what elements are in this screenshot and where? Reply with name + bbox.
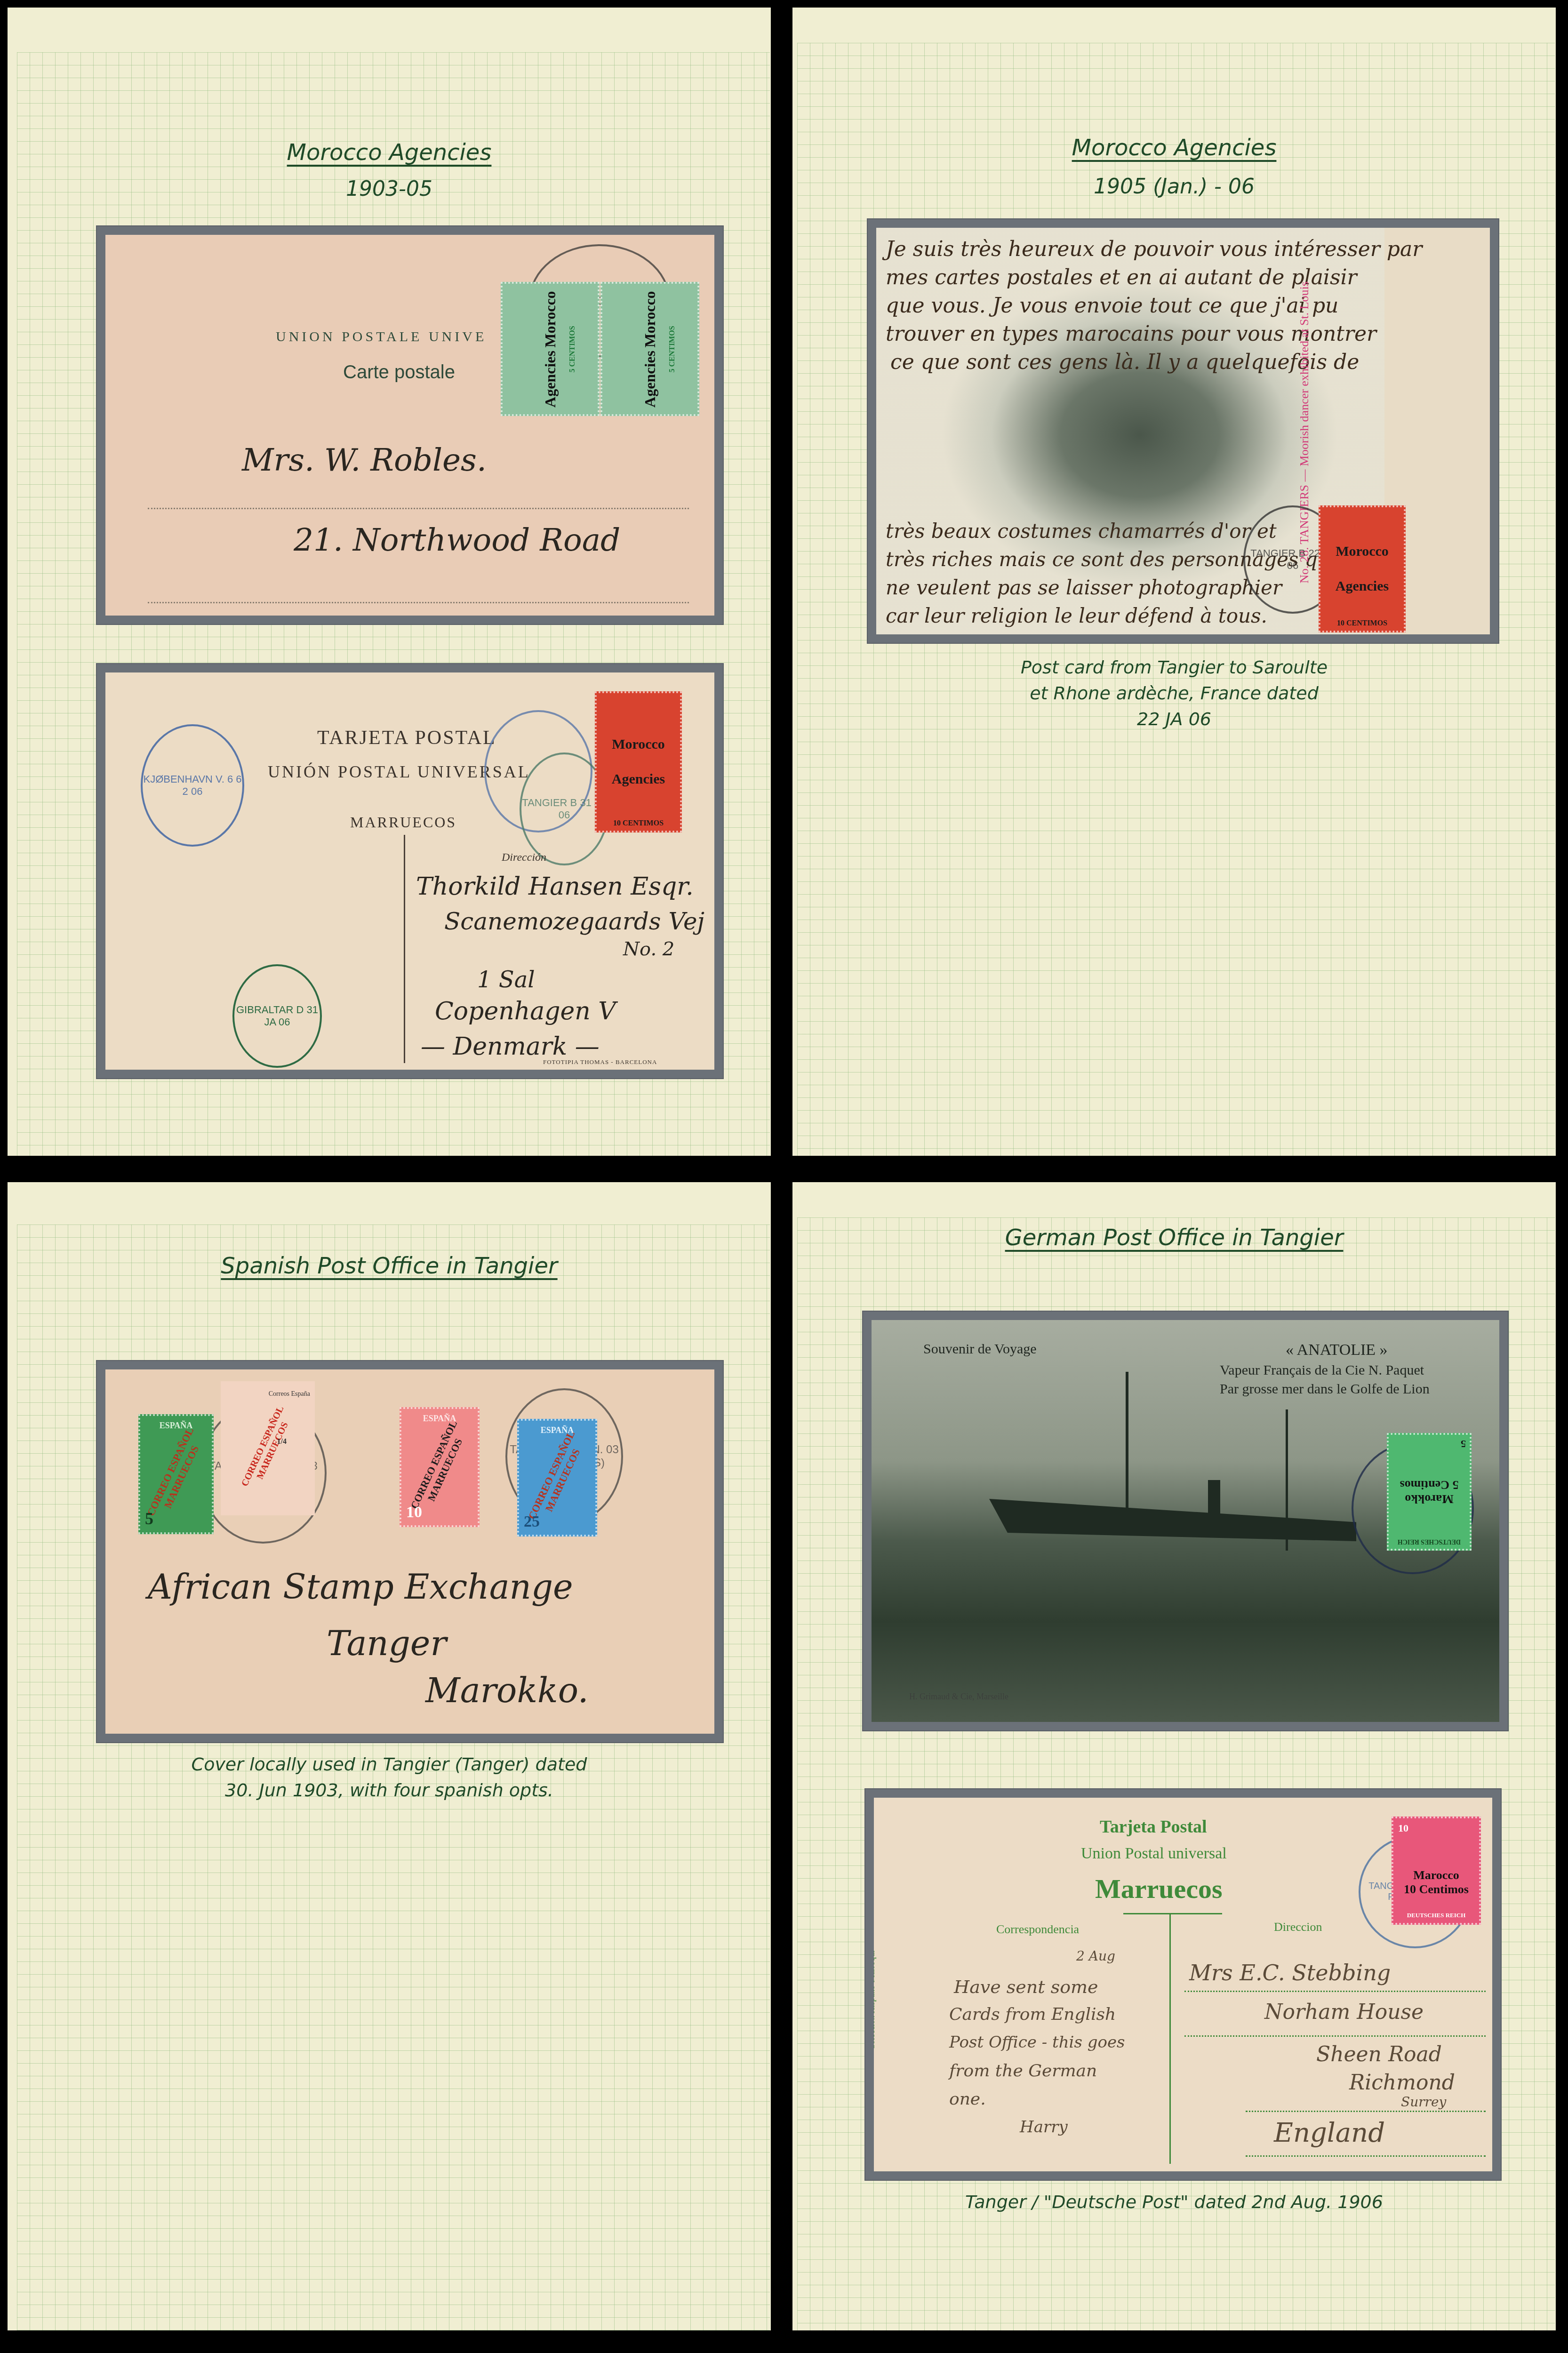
message-line: Have sent some xyxy=(954,1977,1098,1997)
cover-mount: TANGER 30. JUN. 03 (MARRUECOS) TANGER 30… xyxy=(97,1361,723,1742)
page-subtitle: 1905 (Jan.) - 06 xyxy=(792,175,1556,199)
side-imprint: Coleccion Hispano-Marroqui xyxy=(874,1951,877,2050)
address-line: Marokko. xyxy=(425,1671,589,1710)
stamp-value: 5 CENTIMOS xyxy=(568,326,576,372)
page-title: Morocco Agencies xyxy=(792,135,1556,161)
address-line: 1 Sal xyxy=(477,967,535,993)
page-title: Morocco Agencies xyxy=(8,139,771,166)
picture-postcard-moorish-dancer[interactable]: Je suis très heureux de pouvoir vous int… xyxy=(876,228,1490,634)
copenhagen-postmark: KJØBENHAVN V. 6 6 2 06 xyxy=(141,724,244,847)
overprint-line-2: Agencies xyxy=(1336,578,1389,594)
stamp-value: 10 xyxy=(406,1504,422,1521)
stamp-value: 10 CENTIMOS xyxy=(1337,619,1387,628)
overprint-line-1: Marocco xyxy=(1413,1868,1459,1882)
overprint-line-1: Morocco xyxy=(1336,544,1389,560)
message-line: from the German xyxy=(949,2061,1097,2081)
card-mount: Coleccion Hispano-Marroqui Tarjeta Posta… xyxy=(865,1789,1501,2180)
cover-african-stamp-exchange[interactable]: TANGER 30. JUN. 03 (MARRUECOS) TANGER 30… xyxy=(105,1369,714,1734)
page-subtitle: 1903-05 xyxy=(8,177,771,201)
postcard-tarjeta-postal[interactable]: Colección Hispano - Marroquí N.° 2 - A. … xyxy=(105,672,714,1070)
overprint-line-2: Agencies xyxy=(612,771,665,787)
page-title: German Post Office in Tangier xyxy=(792,1225,1556,1251)
postcard-tarjeta-postal-marruecos[interactable]: Coleccion Hispano-Marroqui Tarjeta Posta… xyxy=(874,1798,1492,2171)
picture-postcard-anatolie[interactable]: Souvenir de Voyage « ANATOLIE » Vapeur F… xyxy=(872,1320,1499,1722)
direction-label: Direccion xyxy=(1274,1920,1322,1934)
overprint-line-2: Agencies xyxy=(541,351,559,408)
direction-label: Dirección xyxy=(502,851,546,864)
overprint-line-1: Morocco xyxy=(641,291,658,347)
card-divider-top xyxy=(1123,1913,1222,1914)
ship-description: Par grosse mer dans le Golfe de Lion xyxy=(1220,1381,1430,1397)
stamp-value: 10 CENTIMOS xyxy=(613,819,664,828)
address-line: Richmond xyxy=(1349,2071,1455,2095)
caption-line: et Rhone ardèche, France dated xyxy=(792,680,1556,706)
overprint-line-2: 5 Centimos xyxy=(1400,1478,1459,1492)
stamp-marocco-10c[interactable]: 10 Marocco 10 Centimos DEUTSCHES REICH xyxy=(1392,1817,1481,1925)
message-line: Je suis très heureux de pouvoir vous int… xyxy=(886,237,1422,261)
stamp-country: DEUTSCHES REICH xyxy=(1398,1537,1461,1545)
stamp-espana-10c[interactable]: ESPAÑA CORREO ESPAÑOL MARRUECOS 10 xyxy=(400,1407,480,1527)
printer-imprint: FOTOTIPIA THOMAS - BARCELONA xyxy=(543,1058,657,1066)
overprint-line-2: Agencies xyxy=(641,351,658,408)
caption-line: 22 JA 06 xyxy=(792,706,1556,732)
ship-description: Vapeur Français de la Cie N. Paquet xyxy=(1220,1362,1424,1378)
address-line: Mrs. W. Robles. xyxy=(242,442,487,478)
card-header: UNION POSTALE UNIVE xyxy=(276,329,487,345)
overprint-line-1: Morocco xyxy=(612,736,665,752)
address-line: England xyxy=(1274,2118,1385,2148)
caption-line: Tanger / "Deutsche Post" dated 2nd Aug. … xyxy=(792,2189,1556,2215)
caption-line: 30. Jun 1903, with four spanish opts. xyxy=(8,1777,771,1803)
stamp-value: 1/4 xyxy=(277,1438,287,1446)
album-page-morocco-agencies-1905: Morocco Agencies 1905 (Jan.) - 06 Je sui… xyxy=(792,8,1556,1156)
address-line: Scanemozegaards Vej xyxy=(444,908,704,935)
card-type: Carte postale xyxy=(343,362,455,383)
card-subheader: Union Postal universal xyxy=(1081,1845,1227,1863)
message-signature: Harry xyxy=(1020,2118,1068,2137)
card-caption: Post card from Tangier to Saroulte et Rh… xyxy=(792,655,1556,732)
caption-line: Cover locally used in Tangier (Tanger) d… xyxy=(8,1752,771,1777)
card-mount: Colección Hispano - Marroquí N.° 2 - A. … xyxy=(97,664,723,1078)
postcard-carte-postale[interactable]: UNION POSTALE UNIVE Carte postale TANGIE… xyxy=(105,235,714,616)
address-line: — Denmark — xyxy=(421,1032,600,1061)
card-mount: UNION POSTALE UNIVE Carte postale TANGIE… xyxy=(97,226,723,624)
message-line: très beaux costumes chamarrés d'or et xyxy=(886,520,1277,543)
address-line: African Stamp Exchange xyxy=(148,1567,573,1607)
card-divider xyxy=(1169,1914,1171,2164)
ship-name: « ANATOLIE » xyxy=(1286,1341,1388,1359)
caption-line: Post card from Tangier to Saroulte xyxy=(792,655,1556,680)
album-page-spanish-post-office: Spanish Post Office in Tangier TANGER 30… xyxy=(8,1182,771,2330)
stamp-correos-espana-quarter[interactable]: Correos España CORREO ESPAÑOL MARRUECOS … xyxy=(221,1381,315,1515)
ship-illustration xyxy=(989,1499,1356,1541)
card-mount: Je suis très heureux de pouvoir vous int… xyxy=(868,219,1498,643)
album-page-german-post-office: German Post Office in Tangier Souvenir d… xyxy=(792,1182,1556,2330)
card-divider xyxy=(404,835,405,1063)
message-line: Cards from English xyxy=(949,2005,1116,2024)
message-line: ne veulent pas se laisser photographier xyxy=(886,576,1282,599)
address-line: 21. Northwood Road xyxy=(294,522,620,558)
stamp-espana-25c[interactable]: ESPAÑA CORREO ESPAÑOL MARRUECOS 25 xyxy=(517,1419,597,1537)
stamp-country: Correos España xyxy=(269,1391,310,1398)
card-header: TARJETA POSTAL xyxy=(317,727,496,749)
address-line: Tanger xyxy=(327,1624,447,1663)
stamp-country: DEUTSCHES REICH xyxy=(1407,1912,1466,1919)
stamp-value: 5 xyxy=(1461,1438,1466,1450)
stamp-value: 5 CENTIMOS xyxy=(668,326,676,372)
address-line: Sheen Road xyxy=(1316,2042,1442,2066)
ship-mast xyxy=(1126,1372,1128,1532)
stamp-value: 5 xyxy=(145,1509,153,1529)
address-guide-line xyxy=(148,508,689,509)
overprint-line-2: 10 Centimos xyxy=(1404,1882,1469,1897)
address-line: Norham House xyxy=(1264,2000,1424,2024)
card-country: MARRUECOS xyxy=(350,814,456,831)
message-line: Post Office - this goes xyxy=(949,2033,1125,2052)
message-line: one. xyxy=(949,2089,986,2109)
message-line: car leur religion le leur défend à tous. xyxy=(886,604,1267,627)
ship-funnel xyxy=(1208,1480,1220,1518)
message-line: ce que sont ces gens là. Il y a quelquef… xyxy=(890,350,1359,374)
address-line: Mrs E.C. Stebbing xyxy=(1189,1960,1391,1985)
address-line: Thorkild Hansen Esqr. xyxy=(416,872,694,901)
publisher-imprint: H. Grimaud & Cie, Marseille xyxy=(909,1692,1008,1702)
address-line: Surrey xyxy=(1401,2094,1446,2110)
card-mount: Souvenir de Voyage « ANATOLIE » Vapeur F… xyxy=(863,1312,1508,1730)
stamp-value: 25 xyxy=(524,1513,540,1531)
stamp-value: 10 xyxy=(1398,1822,1408,1834)
address-guide-line xyxy=(1184,2035,1486,2037)
overprint-line-1: Marokko xyxy=(1405,1492,1454,1506)
stamp-marokko-5c-inverted-ovp[interactable]: DEUTSCHES REICH Marokko 5 Centimos 5 xyxy=(1387,1433,1472,1551)
address-guide-line xyxy=(1184,1991,1486,1992)
souvenir-text: Souvenir de Voyage xyxy=(923,1341,1037,1357)
cover-caption: Cover locally used in Tangier (Tanger) d… xyxy=(8,1752,771,1803)
album-page-morocco-agencies-1903: Morocco Agencies 1903-05 UNION POSTALE U… xyxy=(8,8,771,1156)
message-line: 2 Aug xyxy=(1076,1948,1115,1964)
stamp-morocco-agencies-5c[interactable]: Morocco Agencies 5 CENTIMOS xyxy=(600,282,699,416)
address-line: Copenhagen V xyxy=(435,997,616,1025)
address-guide-line xyxy=(148,602,689,603)
card-header: Tarjeta Postal xyxy=(1100,1817,1207,1837)
stamp-morocco-agencies-10c[interactable]: Morocco Agencies 10 CENTIMOS xyxy=(595,691,682,832)
overprint: CORREO ESPAÑOL MARRUECOS xyxy=(236,1397,300,1500)
message-line: mes cartes postales et en ai autant de p… xyxy=(886,265,1357,289)
overprint-line-1: Morocco xyxy=(541,291,559,347)
stamp-morocco-agencies-5c[interactable]: Morocco Agencies 5 CENTIMOS xyxy=(501,282,600,416)
page-title: Spanish Post Office in Tangier xyxy=(8,1253,771,1279)
message-line: que vous. Je vous envoie tout ce que j'a… xyxy=(886,294,1338,318)
card-country: Marruecos xyxy=(1095,1873,1223,1905)
stamp-espana-5c[interactable]: ESPAÑA CORREO ESPAÑOL MARRUECOS 5 xyxy=(138,1414,214,1534)
address-guide-line xyxy=(1246,2155,1486,2157)
correspondence-label: Correspondencia xyxy=(996,1922,1079,1937)
ship-mast xyxy=(1286,1409,1288,1551)
gibraltar-postmark: GIBRALTAR D 31 JA 06 xyxy=(232,964,322,1068)
address-line: No. 2 xyxy=(623,938,674,960)
stamp-morocco-agencies-10c[interactable]: Morocco Agencies 10 CENTIMOS xyxy=(1319,505,1406,632)
address-guide-line xyxy=(1246,2111,1486,2112)
card-caption: Tanger / "Deutsche Post" dated 2nd Aug. … xyxy=(792,2189,1556,2215)
